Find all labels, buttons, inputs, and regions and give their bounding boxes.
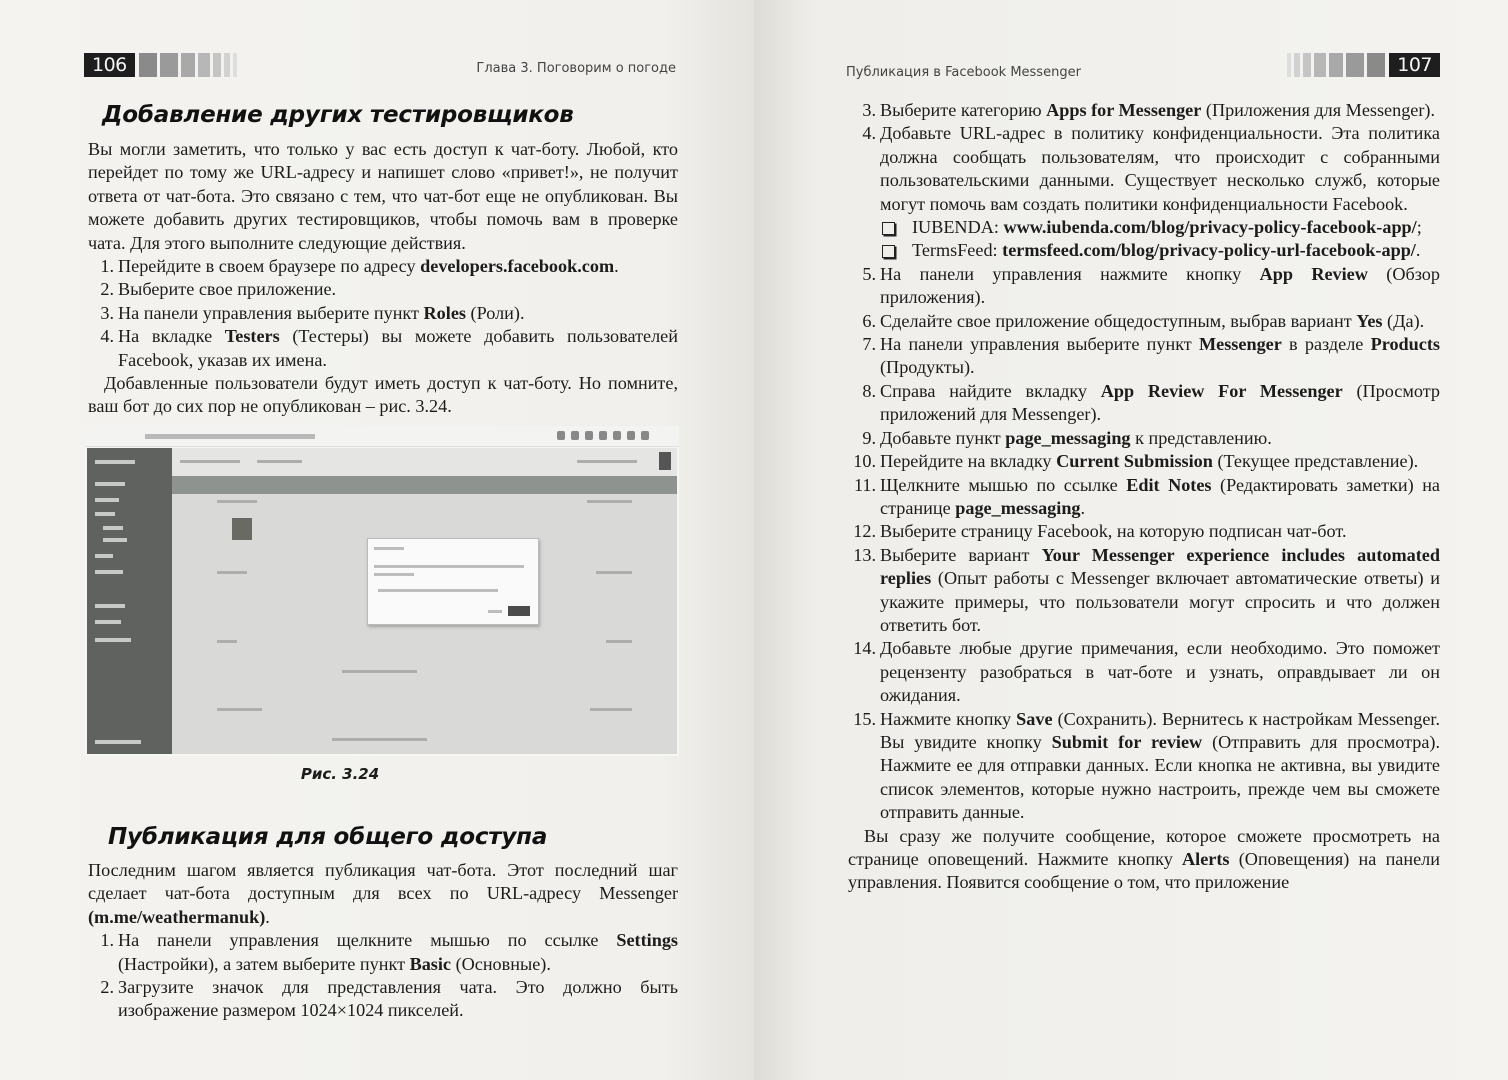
header-gradient-bars (139, 53, 240, 77)
bullet-item: TermsFeed: termsfeed.com/blog/privacy-po… (880, 239, 1440, 262)
header-bar (198, 53, 210, 77)
left-page: 106 Глава 3. Поговорим о погоде Добавлен… (0, 0, 754, 1080)
step-number: 15. (848, 708, 876, 731)
running-title: Публикация в Facebook Messenger (846, 65, 1081, 80)
step-number: 2. (88, 976, 114, 999)
figure-browser-bar (85, 426, 679, 447)
running-header-left: 106 (84, 52, 240, 78)
figure-screenshot (85, 426, 679, 756)
step-number: 13. (848, 544, 876, 567)
step-number: 1. (88, 255, 114, 278)
header-gradient-bars (1287, 53, 1388, 77)
steps-continued: 3.Выберите категорию Apps for Messenger … (848, 99, 1440, 895)
step-number: 12. (848, 520, 876, 543)
list-item: 14.Добавьте любые другие примечания, есл… (848, 637, 1440, 707)
section-heading: Добавление других тестировщиков (102, 102, 678, 128)
paragraph: Вы сразу же получите сообщение, которое … (848, 825, 1440, 895)
paragraph: Вы могли заметить, что только у вас есть… (88, 138, 678, 255)
header-bar (1287, 53, 1291, 77)
list-item: 2.Загрузите значок для представления чат… (88, 976, 678, 1023)
list-item: 1.Перейдите в своем браузере по адресу d… (88, 255, 678, 278)
header-bar (1294, 53, 1300, 77)
list-item: 8.Справа найдите вкладку App Review For … (848, 380, 1440, 427)
list-item: 4.На вкладке Testers (Тестеры) вы можете… (88, 325, 678, 372)
steps-list: 1.Перейдите в своем браузере по адресу d… (88, 255, 678, 372)
list-item: 11.Щелкните мышью по ссылке Edit Notes (… (848, 474, 1440, 521)
header-bar (1329, 53, 1343, 77)
step-number: 11. (848, 474, 876, 497)
header-bar (213, 53, 221, 77)
paragraph: Добавленные пользователи будут иметь дос… (88, 372, 678, 419)
step-number: 3. (848, 99, 876, 122)
section-publish: Публикация для общего доступа Последним … (88, 824, 678, 1023)
steps-list: 1.На панели управления щелкните мышью по… (88, 929, 678, 1023)
bullet-list: IUBENDA: www.iubenda.com/blog/privacy-po… (880, 216, 1440, 263)
step-number: 8. (848, 380, 876, 403)
step-number: 2. (88, 278, 114, 301)
running-title: Глава 3. Поговорим о погоде (476, 61, 676, 76)
right-page: Публикация в Facebook Messenger 107 3.Вы… (754, 0, 1508, 1080)
step-number: 6. (848, 310, 876, 333)
step-number: 9. (848, 427, 876, 450)
header-bar (160, 53, 178, 77)
list-item: 5.На панели управления нажмите кнопку Ap… (848, 263, 1440, 310)
header-bar (1314, 53, 1326, 77)
figure-sidebar (87, 448, 172, 754)
url-link: termsfeed.com/blog/privacy-policy-url-fa… (1002, 240, 1416, 260)
step-number: 7. (848, 333, 876, 356)
bullet-item: IUBENDA: www.iubenda.com/blog/privacy-po… (880, 216, 1440, 239)
running-header-right: 107 (1287, 52, 1440, 78)
figure-banner (172, 476, 677, 494)
figure-topbar (172, 448, 677, 476)
book-spread: 106 Глава 3. Поговорим о погоде Добавлен… (0, 0, 1508, 1080)
page-number: 107 (1389, 53, 1440, 77)
figure-dialog (367, 538, 539, 625)
list-item: 3.Выберите категорию Apps for Messenger … (848, 99, 1440, 122)
list-item: 13.Выберите вариант Your Messenger exper… (848, 544, 1440, 638)
figure-caption: Рис. 3.24 (301, 765, 379, 783)
header-bar (233, 53, 237, 77)
header-bar (181, 53, 195, 77)
list-item: 2.Выберите свое приложение. (88, 278, 678, 301)
step-number: 10. (848, 450, 876, 473)
list-item: 10.Перейдите на вкладку Current Submissi… (848, 450, 1440, 473)
url-link: www.iubenda.com/blog/privacy-policy-face… (1003, 217, 1416, 237)
list-item: 4.Добавьте URL-адрес в политику конфиден… (848, 122, 1440, 262)
figure-toolbar-icons (557, 431, 649, 440)
header-bar (1367, 53, 1385, 77)
list-item: 7.На панели управления выберите пункт Me… (848, 333, 1440, 380)
list-item: 15.Нажмите кнопку Save (Сохранить). Верн… (848, 708, 1440, 825)
list-item: 3.На панели управления выберите пункт Ro… (88, 302, 678, 325)
step-number: 1. (88, 929, 114, 952)
steps-list: 3.Выберите категорию Apps for Messenger … (848, 99, 1440, 825)
step-number: 4. (88, 325, 114, 348)
step-number: 4. (848, 122, 876, 145)
list-item: 9.Добавьте пункт page_messaging к предст… (848, 427, 1440, 450)
list-item: 12.Выберите страницу Facebook, на котору… (848, 520, 1440, 543)
header-bar (1346, 53, 1364, 77)
step-number: 14. (848, 637, 876, 660)
checkbox-bullet-icon (882, 245, 895, 258)
step-number: 5. (848, 263, 876, 286)
checkbox-bullet-icon (882, 222, 895, 235)
section-testers: Добавление других тестировщиков Вы могли… (88, 102, 678, 419)
list-item: 1.На панели управления щелкните мышью по… (88, 929, 678, 976)
step-number: 3. (88, 302, 114, 325)
figure-main-area (172, 448, 677, 754)
header-bar (224, 53, 230, 77)
figure-url-bar (145, 434, 315, 439)
page-number: 106 (84, 53, 135, 77)
header-bar (139, 53, 157, 77)
paragraph: Последним шагом является публикация чат-… (88, 859, 678, 929)
header-bar (1303, 53, 1311, 77)
list-item: 6.Сделайте свое приложение общедоступным… (848, 310, 1440, 333)
section-heading: Публикация для общего доступа (108, 824, 678, 850)
